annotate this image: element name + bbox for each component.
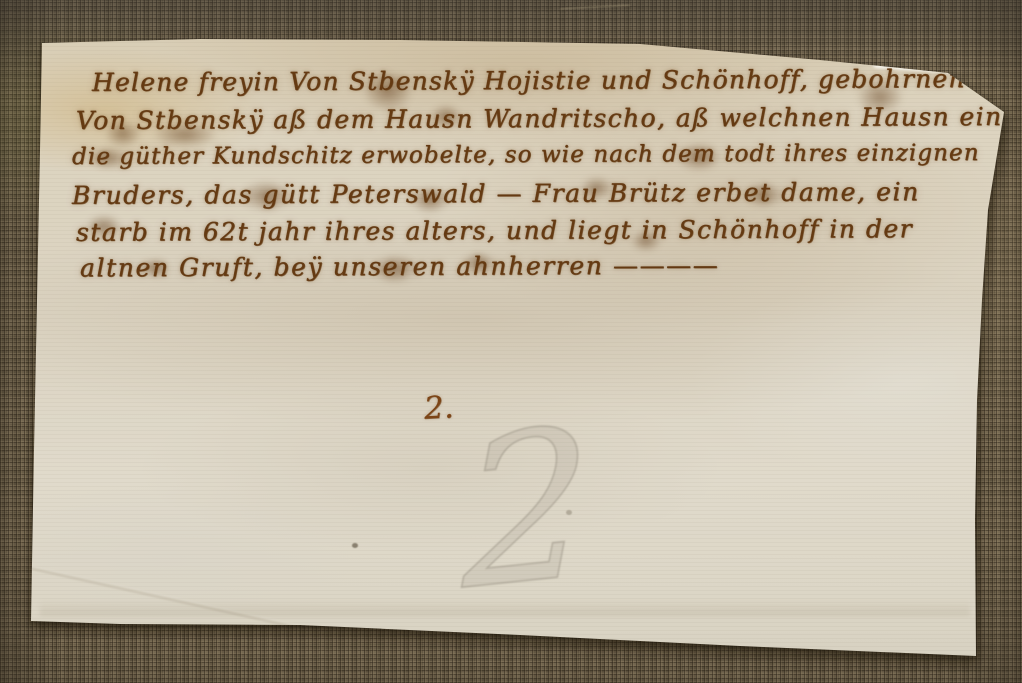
paper-speck xyxy=(352,543,358,548)
handwriting-line: altnen Gruft, beÿ unseren ahnherren ———— xyxy=(80,251,719,283)
paper-shadow-wrapper: Helene freyin Von Stbenskÿ Hojistie und … xyxy=(0,0,1022,683)
ink-page-number: 2. xyxy=(423,389,454,426)
handwriting-line: Von Stbenskÿ aß dem Hausn Wandritscho, a… xyxy=(76,102,1003,135)
handwriting-line: Bruders, das gütt Peterswald — Frau Brüt… xyxy=(72,177,920,210)
handwriting-line: starb im 62t jahr ihres alters, und lieg… xyxy=(76,214,913,247)
manuscript-paper: Helene freyin Von Stbenskÿ Hojistie und … xyxy=(0,0,1022,683)
handwriting-line: Helene freyin Von Stbenskÿ Hojistie und … xyxy=(92,64,966,97)
manuscript-photo: Helene freyin Von Stbenskÿ Hojistie und … xyxy=(0,0,1022,683)
handwriting-line: die güther Kundschitz erwobelte, so wie … xyxy=(72,140,980,170)
pencil-watermark-numeral: 2 xyxy=(462,401,592,621)
